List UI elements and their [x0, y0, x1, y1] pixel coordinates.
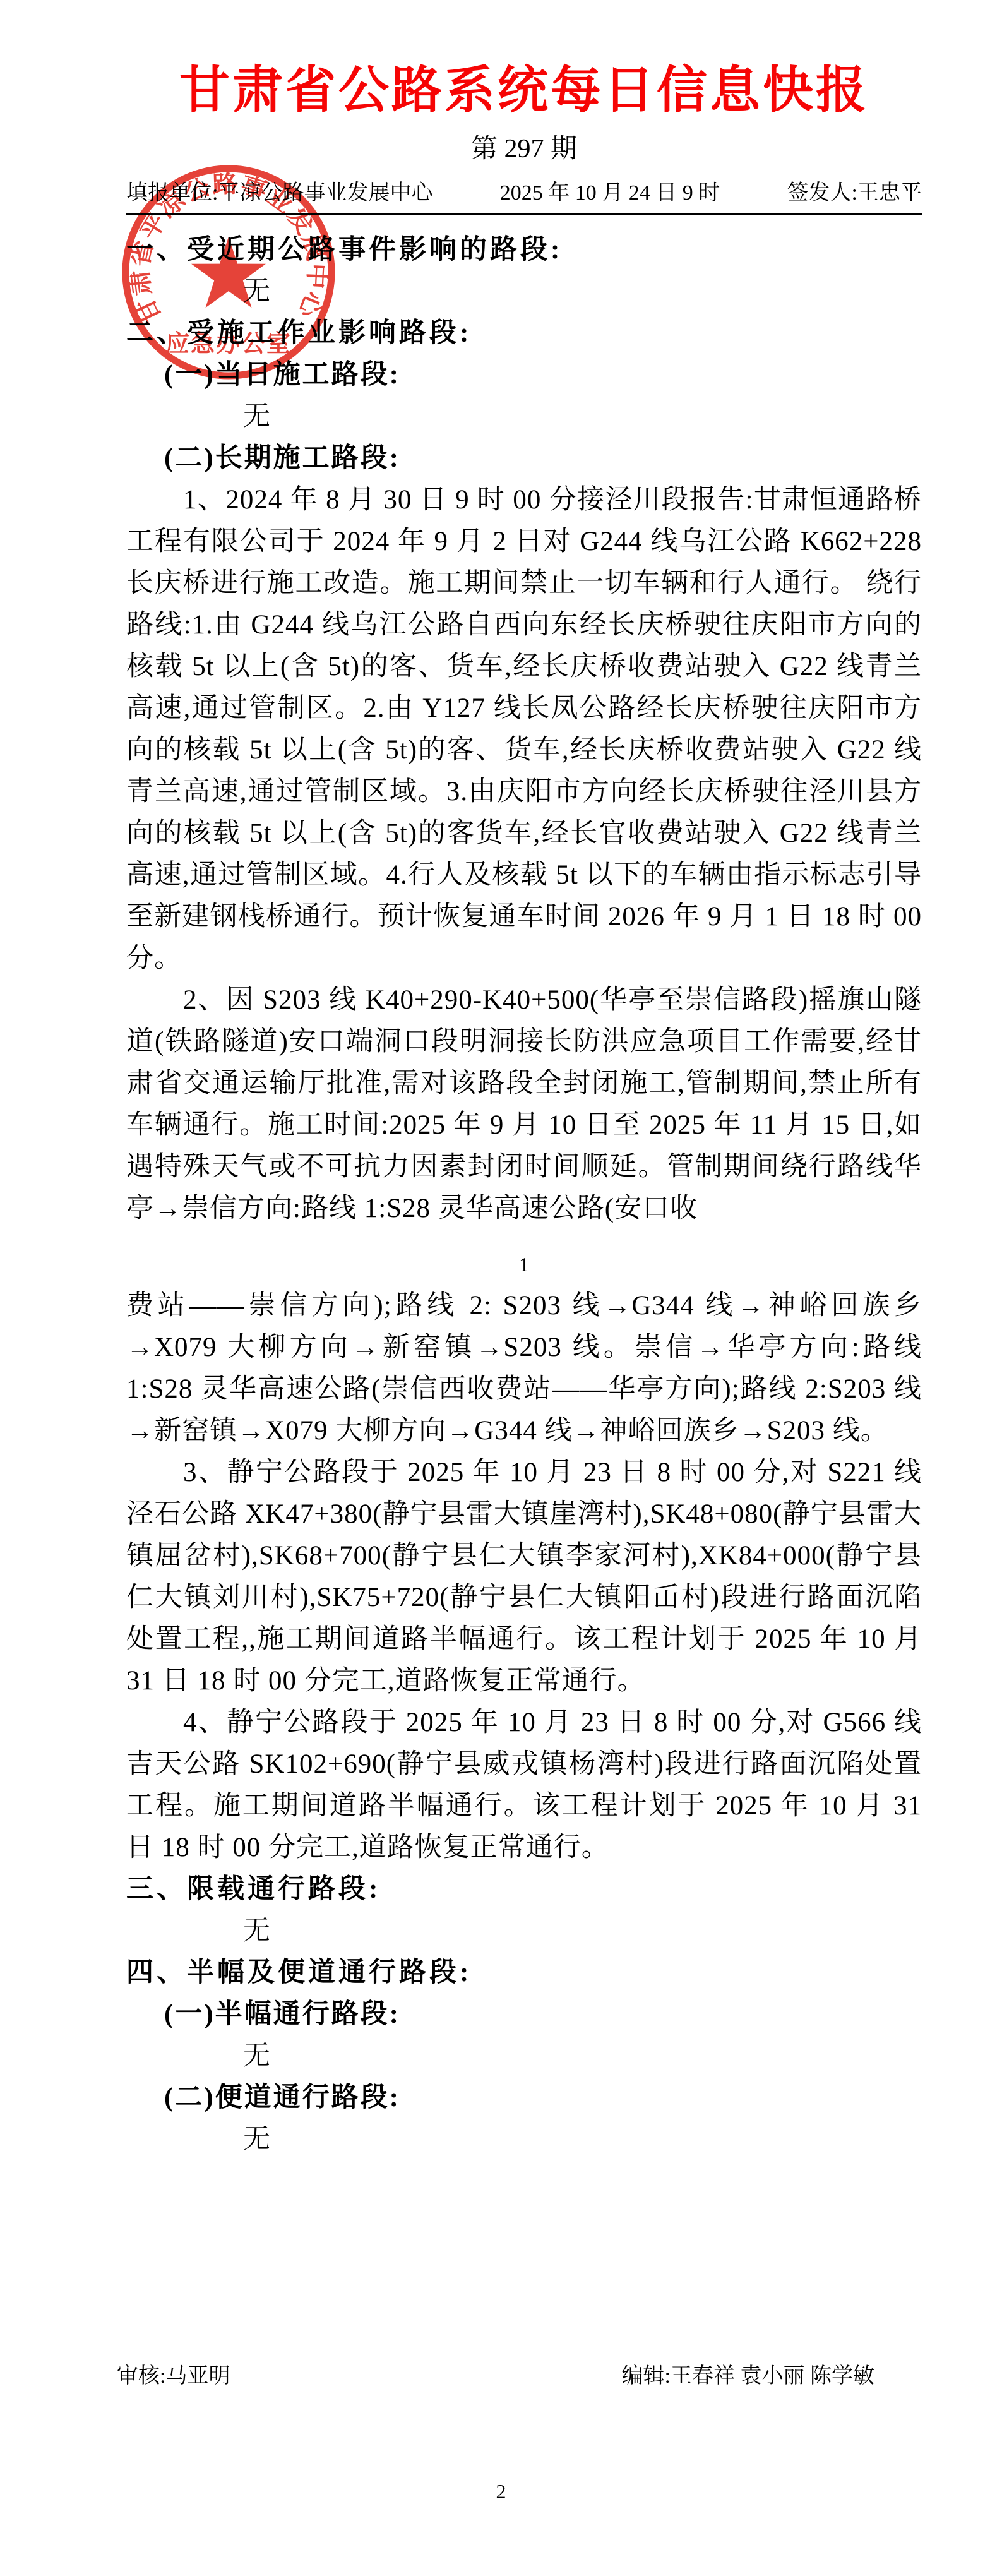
section-1-none: 无	[243, 271, 922, 313]
section-3-heading: 三、限载通行路段:	[126, 1869, 922, 1910]
section-4-sub-2-heading: (二)便道通行路段:	[164, 2077, 922, 2119]
report-info-row: 填报单位:平凉公路事业发展中心 2025 年 10 月 24 日 9 时 签发人…	[126, 179, 922, 215]
section-2-heading: 二、受施工作业影响路段:	[126, 313, 922, 354]
section-4-sub-1-heading: (一)半幅通行路段:	[164, 1994, 922, 2035]
paragraph-changqing-bridge: 1、2024 年 8 月 30 日 9 时 00 分接泾川段报告:甘肃恒通路桥工…	[126, 479, 922, 979]
page-2-number: 2	[0, 2476, 1002, 2507]
editor-names: 编辑:王春祥 袁小丽 陈学敏	[622, 2362, 874, 2391]
section-3-none: 无	[243, 1910, 922, 1952]
section-2-sub-1-heading: (一)当日施工路段:	[164, 354, 922, 396]
section-2-sub-2-heading: (二)长期施工路段:	[164, 438, 922, 479]
report-datetime: 2025 年 10 月 24 日 9 时	[500, 179, 720, 207]
section-1-heading: 一、受近期公路事件影响的路段:	[126, 229, 922, 271]
section-4-sub-1-none: 无	[243, 2035, 922, 2077]
section-4-sub-2-none: 无	[243, 2119, 922, 2160]
issuer-name: 签发人:王忠平	[787, 179, 922, 207]
document-page: 甘肃省公路系统每日信息快报 第 297 期 填报单位:平凉公路事业发展中心 20…	[126, 0, 922, 2160]
section-2-sub-1-none: 无	[243, 396, 922, 438]
document-footer: 审核:马亚明 编辑:王春祥 袁小丽 陈学敏	[117, 2362, 922, 2391]
paragraph-jingning-s221: 3、静宁公路段于 2025 年 10 月 23 日 8 时 00 分,对 S22…	[126, 1452, 922, 1702]
section-4-heading: 四、半幅及便道通行路段:	[126, 1952, 922, 1994]
issue-number: 第 297 期	[126, 131, 922, 167]
page-title: 甘肃省公路系统每日信息快报	[126, 61, 922, 121]
paragraph-jingning-g566: 4、静宁公路段于 2025 年 10 月 23 日 8 时 00 分,对 G56…	[126, 1702, 922, 1869]
paragraph-yaoqishan-tunnel-page2: 费站——崇信方向);路线 2: S203 线→G344 线→神峪回族乡→X079…	[126, 1285, 922, 1452]
reporting-unit: 填报单位:平凉公路事业发展中心	[126, 179, 432, 207]
paragraph-yaoqishan-tunnel-page1: 2、因 S203 线 K40+290-K40+500(华亭至崇信路段)摇旗山隧道…	[126, 979, 922, 1230]
reviewer-name: 审核:马亚明	[117, 2362, 230, 2391]
page-1-number: 1	[126, 1249, 922, 1280]
